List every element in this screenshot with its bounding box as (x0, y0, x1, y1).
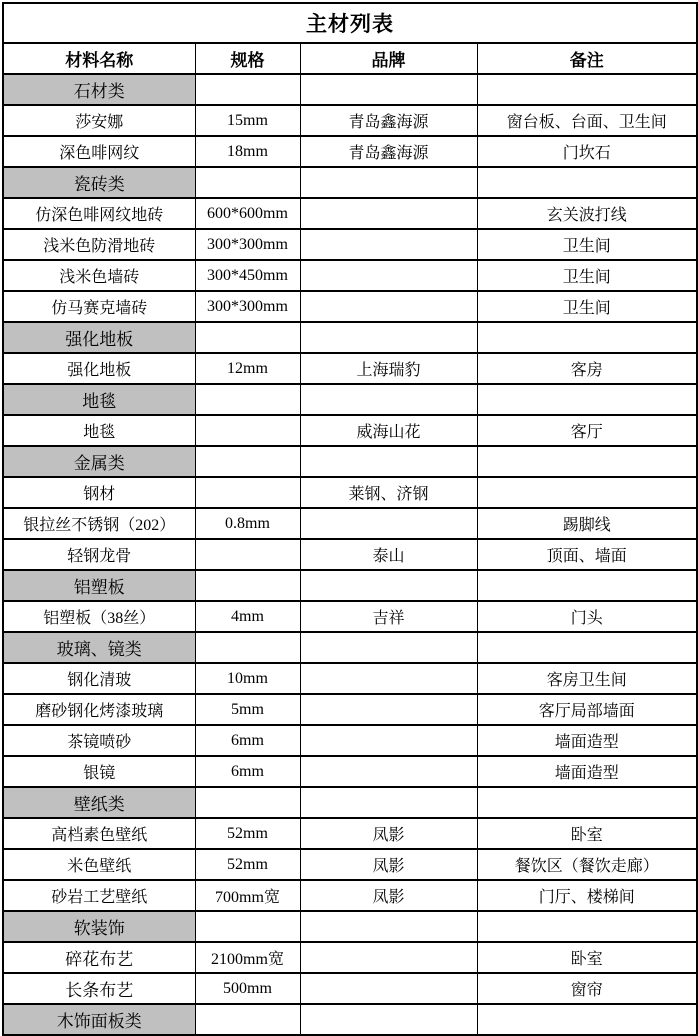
cell-note: 卫生间 (477, 291, 697, 322)
category-row: 金属类 (3, 446, 697, 477)
cell-note (477, 167, 697, 198)
cell-brand (300, 663, 477, 694)
cell-brand: 威海山花 (300, 415, 477, 446)
cell-material-name: 木饰面板类 (3, 1004, 195, 1035)
table-body: 石材类莎安娜15mm青岛鑫海源窗台板、台面、卫生间深色啡网纹18mm青岛鑫海源门… (3, 74, 697, 1035)
cell-material-name: 米色壁纸 (3, 849, 195, 880)
cell-spec: 500mm (195, 973, 300, 1004)
category-row: 软装饰 (3, 911, 697, 942)
cell-spec: 0.8mm (195, 508, 300, 539)
cell-spec: 300*450mm (195, 260, 300, 291)
cell-material-name: 瓷砖类 (3, 167, 195, 198)
cell-brand (300, 446, 477, 477)
cell-spec: 5mm (195, 694, 300, 725)
column-header: 备注 (477, 43, 697, 74)
cell-spec (195, 74, 300, 105)
column-header: 品牌 (300, 43, 477, 74)
table-row: 高档素色壁纸52mm凤影卧室 (3, 818, 697, 849)
cell-material-name: 高档素色壁纸 (3, 818, 195, 849)
cell-spec: 18mm (195, 136, 300, 167)
cell-note: 客厅局部墙面 (477, 694, 697, 725)
cell-material-name: 铝塑板（38丝） (3, 601, 195, 632)
table-row: 长条布艺500mm窗帘 (3, 973, 697, 1004)
cell-brand (300, 756, 477, 787)
cell-material-name: 浅米色防滑地砖 (3, 229, 195, 260)
cell-note: 客房 (477, 353, 697, 384)
cell-note (477, 74, 697, 105)
cell-spec: 52mm (195, 849, 300, 880)
cell-brand (300, 570, 477, 601)
cell-brand (300, 291, 477, 322)
cell-material-name: 石材类 (3, 74, 195, 105)
cell-brand (300, 973, 477, 1004)
cell-brand: 青岛鑫海源 (300, 136, 477, 167)
cell-material-name: 仿深色啡网纹地砖 (3, 198, 195, 229)
cell-material-name: 银拉丝不锈钢（202） (3, 508, 195, 539)
cell-brand (300, 167, 477, 198)
cell-spec: 6mm (195, 725, 300, 756)
table-row: 银镜6mm墙面造型 (3, 756, 697, 787)
cell-brand: 凤影 (300, 818, 477, 849)
category-row: 石材类 (3, 74, 697, 105)
cell-brand (300, 74, 477, 105)
table-row: 米色壁纸52mm凤影餐饮区（餐饮走廊） (3, 849, 697, 880)
cell-spec (195, 415, 300, 446)
cell-material-name: 强化地板 (3, 322, 195, 353)
cell-material-name: 地毯 (3, 415, 195, 446)
cell-material-name: 磨砂钢化烤漆玻璃 (3, 694, 195, 725)
cell-note: 餐饮区（餐饮走廊） (477, 849, 697, 880)
cell-brand (300, 942, 477, 973)
cell-spec: 10mm (195, 663, 300, 694)
category-row: 强化地板 (3, 322, 697, 353)
cell-material-name: 仿马赛克墙砖 (3, 291, 195, 322)
cell-note (477, 570, 697, 601)
table-row: 磨砂钢化烤漆玻璃5mm客厅局部墙面 (3, 694, 697, 725)
page-title: 主材列表 (3, 3, 697, 43)
column-header: 材料名称 (3, 43, 195, 74)
table-row: 仿马赛克墙砖300*300mm卫生间 (3, 291, 697, 322)
cell-note: 窗帘 (477, 973, 697, 1004)
cell-note (477, 911, 697, 942)
table-row: 钢化清玻10mm客房卫生间 (3, 663, 697, 694)
cell-note (477, 632, 697, 663)
table-row: 地毯威海山花客厅 (3, 415, 697, 446)
cell-brand: 凤影 (300, 849, 477, 880)
cell-spec: 6mm (195, 756, 300, 787)
category-row: 壁纸类 (3, 787, 697, 818)
cell-spec: 700mm宽 (195, 880, 300, 911)
cell-spec (195, 322, 300, 353)
cell-note: 卫生间 (477, 260, 697, 291)
cell-material-name: 地毯 (3, 384, 195, 415)
table-row: 深色啡网纹18mm青岛鑫海源门坎石 (3, 136, 697, 167)
cell-brand: 吉祥 (300, 601, 477, 632)
cell-note: 卧室 (477, 818, 697, 849)
cell-material-name: 铝塑板 (3, 570, 195, 601)
cell-brand (300, 787, 477, 818)
category-row: 铝塑板 (3, 570, 697, 601)
column-header: 规格 (195, 43, 300, 74)
title-row: 主材列表 (3, 3, 697, 43)
cell-material-name: 深色啡网纹 (3, 136, 195, 167)
cell-brand: 青岛鑫海源 (300, 105, 477, 136)
cell-brand: 上海瑞豹 (300, 353, 477, 384)
cell-note: 门头 (477, 601, 697, 632)
cell-spec (195, 167, 300, 198)
category-row: 地毯 (3, 384, 697, 415)
cell-material-name: 莎安娜 (3, 105, 195, 136)
cell-brand (300, 1004, 477, 1035)
cell-brand (300, 725, 477, 756)
table-row: 茶镜喷砂6mm墙面造型 (3, 725, 697, 756)
cell-note: 墙面造型 (477, 725, 697, 756)
materials-table: 主材列表 材料名称规格品牌备注 石材类莎安娜15mm青岛鑫海源窗台板、台面、卫生… (2, 2, 698, 1036)
cell-note: 客房卫生间 (477, 663, 697, 694)
cell-note (477, 446, 697, 477)
cell-spec: 15mm (195, 105, 300, 136)
cell-spec: 2100mm宽 (195, 942, 300, 973)
cell-spec (195, 384, 300, 415)
cell-spec (195, 570, 300, 601)
cell-material-name: 浅米色墙砖 (3, 260, 195, 291)
cell-spec (195, 787, 300, 818)
cell-spec: 300*300mm (195, 291, 300, 322)
cell-note: 客厅 (477, 415, 697, 446)
cell-spec: 300*300mm (195, 229, 300, 260)
cell-spec (195, 477, 300, 508)
cell-material-name: 茶镜喷砂 (3, 725, 195, 756)
cell-material-name: 轻钢龙骨 (3, 539, 195, 570)
cell-brand: 凤影 (300, 880, 477, 911)
cell-brand (300, 322, 477, 353)
cell-material-name: 长条布艺 (3, 973, 195, 1004)
document-page: 主材列表 材料名称规格品牌备注 石材类莎安娜15mm青岛鑫海源窗台板、台面、卫生… (0, 0, 698, 1036)
cell-brand (300, 911, 477, 942)
cell-note: 顶面、墙面 (477, 539, 697, 570)
table-row: 钢材莱钢、济钢 (3, 477, 697, 508)
cell-material-name: 壁纸类 (3, 787, 195, 818)
cell-spec: 52mm (195, 818, 300, 849)
cell-spec (195, 539, 300, 570)
cell-spec (195, 1004, 300, 1035)
cell-note: 踢脚线 (477, 508, 697, 539)
cell-spec (195, 911, 300, 942)
table-row: 银拉丝不锈钢（202）0.8mm踢脚线 (3, 508, 697, 539)
cell-material-name: 银镜 (3, 756, 195, 787)
table-row: 砂岩工艺壁纸700mm宽凤影门厅、楼梯间 (3, 880, 697, 911)
cell-note (477, 477, 697, 508)
cell-brand (300, 508, 477, 539)
cell-brand: 泰山 (300, 539, 477, 570)
cell-brand: 莱钢、济钢 (300, 477, 477, 508)
cell-material-name: 砂岩工艺壁纸 (3, 880, 195, 911)
cell-material-name: 强化地板 (3, 353, 195, 384)
cell-note: 门坎石 (477, 136, 697, 167)
cell-material-name: 钢化清玻 (3, 663, 195, 694)
cell-brand (300, 229, 477, 260)
table-row: 浅米色墙砖300*450mm卫生间 (3, 260, 697, 291)
table-row: 仿深色啡网纹地砖600*600mm玄关波打线 (3, 198, 697, 229)
cell-spec: 12mm (195, 353, 300, 384)
cell-material-name: 碎花布艺 (3, 942, 195, 973)
cell-spec (195, 446, 300, 477)
cell-note (477, 384, 697, 415)
table-row: 强化地板12mm上海瑞豹客房 (3, 353, 697, 384)
cell-material-name: 软装饰 (3, 911, 195, 942)
cell-spec: 600*600mm (195, 198, 300, 229)
table-row: 碎花布艺2100mm宽卧室 (3, 942, 697, 973)
header-row: 材料名称规格品牌备注 (3, 43, 697, 74)
cell-note (477, 1004, 697, 1035)
cell-note: 玄关波打线 (477, 198, 697, 229)
cell-material-name: 钢材 (3, 477, 195, 508)
cell-spec: 4mm (195, 601, 300, 632)
cell-note: 卧室 (477, 942, 697, 973)
cell-brand (300, 198, 477, 229)
cell-note: 窗台板、台面、卫生间 (477, 105, 697, 136)
table-row: 轻钢龙骨泰山顶面、墙面 (3, 539, 697, 570)
cell-note: 卫生间 (477, 229, 697, 260)
cell-brand (300, 260, 477, 291)
cell-brand (300, 384, 477, 415)
cell-brand (300, 632, 477, 663)
cell-note: 墙面造型 (477, 756, 697, 787)
cell-spec (195, 632, 300, 663)
table-row: 莎安娜15mm青岛鑫海源窗台板、台面、卫生间 (3, 105, 697, 136)
cell-brand (300, 694, 477, 725)
table-row: 浅米色防滑地砖300*300mm卫生间 (3, 229, 697, 260)
table-row: 铝塑板（38丝）4mm吉祥门头 (3, 601, 697, 632)
cell-material-name: 玻璃、镜类 (3, 632, 195, 663)
category-row: 木饰面板类 (3, 1004, 697, 1035)
cell-note (477, 322, 697, 353)
cell-note: 门厅、楼梯间 (477, 880, 697, 911)
category-row: 玻璃、镜类 (3, 632, 697, 663)
category-row: 瓷砖类 (3, 167, 697, 198)
cell-note (477, 787, 697, 818)
cell-material-name: 金属类 (3, 446, 195, 477)
